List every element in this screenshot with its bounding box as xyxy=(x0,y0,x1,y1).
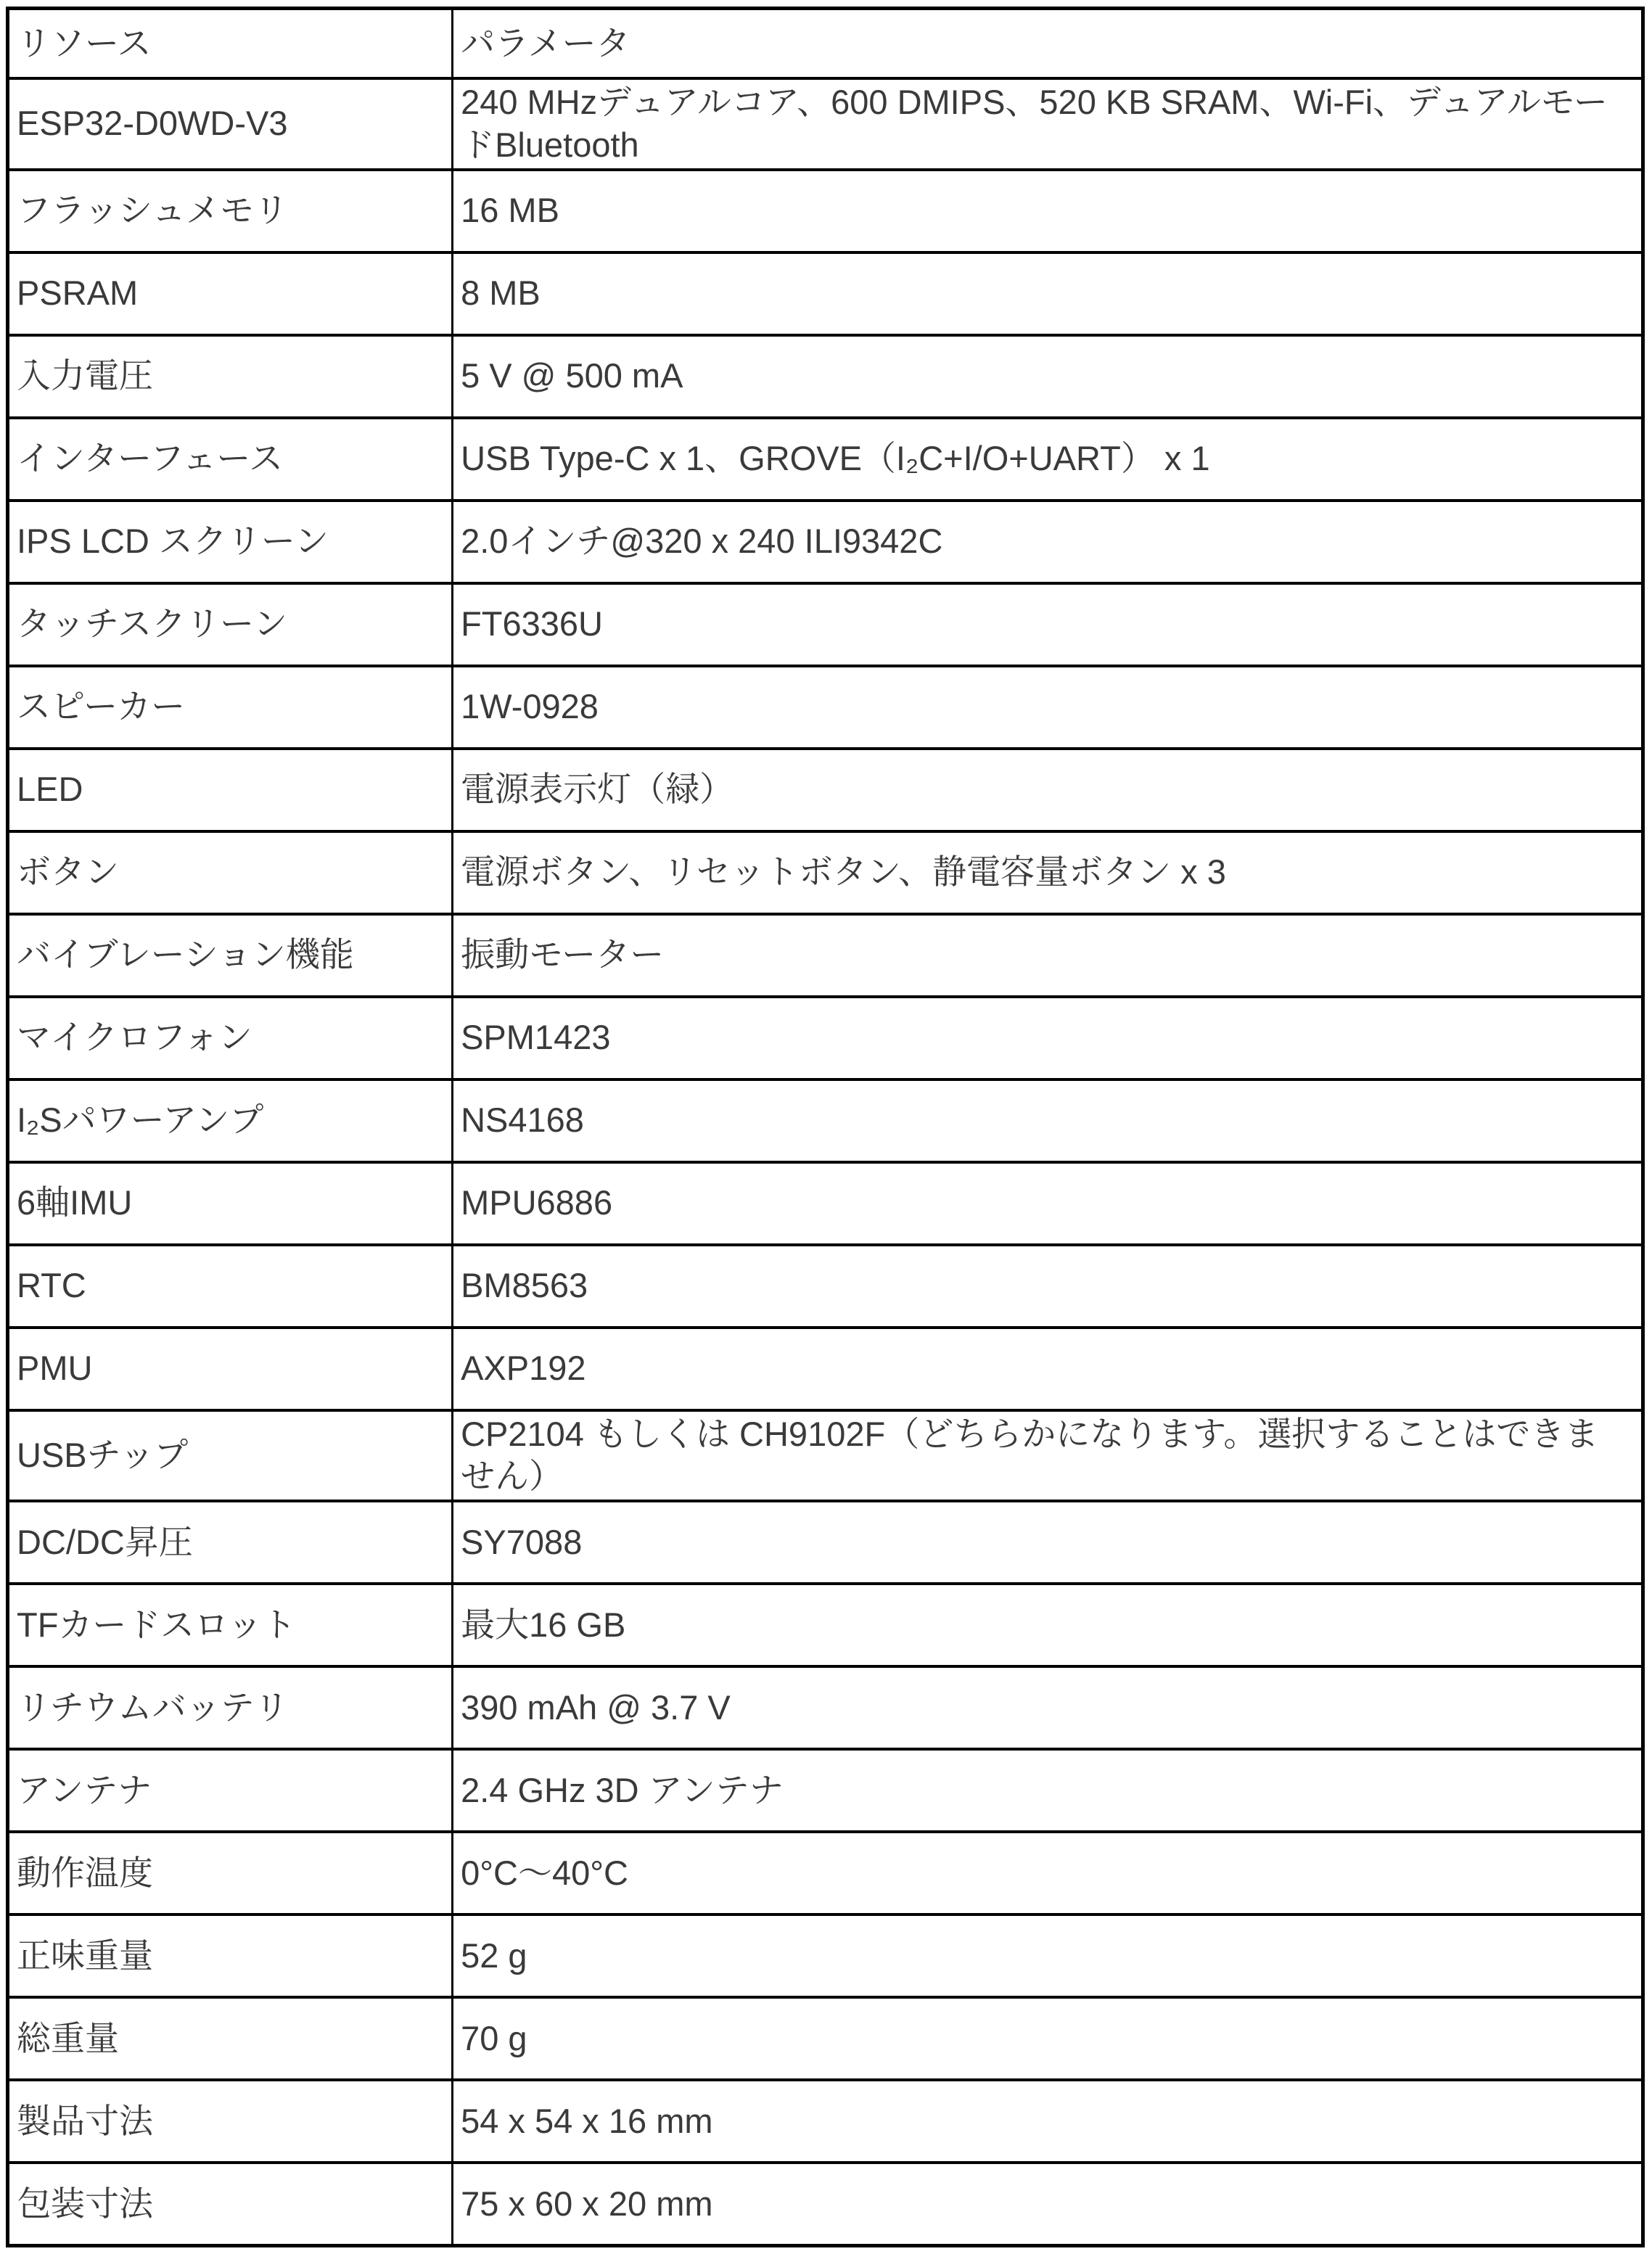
table-row: 6軸IMUMPU6886 xyxy=(8,1162,1643,1245)
parameter-cell: 2.0インチ@320 x 240 ILI9342C xyxy=(453,501,1643,583)
resource-cell: ESP32-D0WD-V3 xyxy=(8,78,453,170)
table-row: アンテナ2.4 GHz 3D アンテナ xyxy=(8,1749,1643,1832)
parameter-cell: 0°C～40°C xyxy=(453,1832,1643,1914)
parameter-cell: SY7088 xyxy=(453,1501,1643,1584)
resource-cell: LED xyxy=(8,749,453,831)
resource-cell: バイブレーション機能 xyxy=(8,914,453,997)
table-row: PMUAXP192 xyxy=(8,1328,1643,1410)
column-header-resource: リソース xyxy=(8,9,453,79)
resource-cell: IPS LCD スクリーン xyxy=(8,501,453,583)
table-row: リチウムバッテリ390 mAh @ 3.7 V xyxy=(8,1666,1643,1749)
parameter-cell: 振動モーター xyxy=(453,914,1643,997)
table-row: ESP32-D0WD-V3240 MHzデュアルコア、600 DMIPS、520… xyxy=(8,78,1643,170)
header-row: リソース パラメータ xyxy=(8,9,1643,79)
spec-table: リソース パラメータ ESP32-D0WD-V3240 MHzデュアルコア、60… xyxy=(6,7,1645,2247)
resource-cell: インターフェース xyxy=(8,418,453,501)
parameter-cell: FT6336U xyxy=(453,583,1643,666)
resource-cell: RTC xyxy=(8,1245,453,1328)
parameter-cell: 電源ボタン、リセットボタン、静電容量ボタン x 3 xyxy=(453,831,1643,914)
table-row: LED電源表示灯（緑） xyxy=(8,749,1643,831)
table-row: PSRAM8 MB xyxy=(8,252,1643,335)
parameter-cell: 52 g xyxy=(453,1914,1643,1997)
table-row: 包装寸法75 x 60 x 20 mm xyxy=(8,2163,1643,2246)
resource-cell: TFカードスロット xyxy=(8,1584,453,1666)
parameter-cell: 70 g xyxy=(453,1997,1643,2080)
table-row: 総重量70 g xyxy=(8,1997,1643,2080)
table-row: フラッシュメモリ16 MB xyxy=(8,170,1643,252)
parameter-cell: 75 x 60 x 20 mm xyxy=(453,2163,1643,2246)
table-row: I₂SパワーアンプNS4168 xyxy=(8,1079,1643,1162)
column-header-parameter: パラメータ xyxy=(453,9,1643,79)
resource-cell: I₂Sパワーアンプ xyxy=(8,1079,453,1162)
table-row: 正味重量52 g xyxy=(8,1914,1643,1997)
resource-cell: リチウムバッテリ xyxy=(8,1666,453,1749)
table-row: USBチップCP2104 もしくは CH9102F（どちらかになります。選択する… xyxy=(8,1410,1643,1502)
resource-cell: スピーカー xyxy=(8,666,453,749)
parameter-cell: 5 V @ 500 mA xyxy=(453,335,1643,418)
resource-cell: 包装寸法 xyxy=(8,2163,453,2246)
parameter-cell: 2.4 GHz 3D アンテナ xyxy=(453,1749,1643,1832)
resource-cell: 6軸IMU xyxy=(8,1162,453,1245)
parameter-cell: USB Type-C x 1、GROVE（I₂C+I/O+UART） x 1 xyxy=(453,418,1643,501)
table-row: バイブレーション機能振動モーター xyxy=(8,914,1643,997)
table-row: DC/DC昇圧SY7088 xyxy=(8,1501,1643,1584)
resource-cell: マイクロフォン xyxy=(8,997,453,1079)
table-row: タッチスクリーンFT6336U xyxy=(8,583,1643,666)
resource-cell: PSRAM xyxy=(8,252,453,335)
resource-cell: 入力電圧 xyxy=(8,335,453,418)
resource-cell: ボタン xyxy=(8,831,453,914)
resource-cell: DC/DC昇圧 xyxy=(8,1501,453,1584)
resource-cell: 動作温度 xyxy=(8,1832,453,1914)
resource-cell: フラッシュメモリ xyxy=(8,170,453,252)
resource-cell: 正味重量 xyxy=(8,1914,453,1997)
table-row: IPS LCD スクリーン2.0インチ@320 x 240 ILI9342C xyxy=(8,501,1643,583)
parameter-cell: NS4168 xyxy=(453,1079,1643,1162)
parameter-cell: CP2104 もしくは CH9102F（どちらかになります。選択することはできま… xyxy=(453,1410,1643,1502)
resource-cell: PMU xyxy=(8,1328,453,1410)
parameter-cell: BM8563 xyxy=(453,1245,1643,1328)
parameter-cell: 電源表示灯（緑） xyxy=(453,749,1643,831)
parameter-cell: 8 MB xyxy=(453,252,1643,335)
parameter-cell: 1W-0928 xyxy=(453,666,1643,749)
resource-cell: タッチスクリーン xyxy=(8,583,453,666)
table-row: インターフェースUSB Type-C x 1、GROVE（I₂C+I/O+UAR… xyxy=(8,418,1643,501)
parameter-cell: SPM1423 xyxy=(453,997,1643,1079)
resource-cell: 総重量 xyxy=(8,1997,453,2080)
table-row: ボタン電源ボタン、リセットボタン、静電容量ボタン x 3 xyxy=(8,831,1643,914)
table-row: TFカードスロット最大16 GB xyxy=(8,1584,1643,1666)
table-row: 動作温度0°C～40°C xyxy=(8,1832,1643,1914)
parameter-cell: 54 x 54 x 16 mm xyxy=(453,2080,1643,2163)
table-row: 製品寸法54 x 54 x 16 mm xyxy=(8,2080,1643,2163)
parameter-cell: 390 mAh @ 3.7 V xyxy=(453,1666,1643,1749)
parameter-cell: 240 MHzデュアルコア、600 DMIPS、520 KB SRAM、Wi-F… xyxy=(453,78,1643,170)
table-row: RTCBM8563 xyxy=(8,1245,1643,1328)
parameter-cell: 16 MB xyxy=(453,170,1643,252)
table-row: 入力電圧5 V @ 500 mA xyxy=(8,335,1643,418)
resource-cell: アンテナ xyxy=(8,1749,453,1832)
resource-cell: USBチップ xyxy=(8,1410,453,1502)
resource-cell: 製品寸法 xyxy=(8,2080,453,2163)
parameter-cell: 最大16 GB xyxy=(453,1584,1643,1666)
parameter-cell: MPU6886 xyxy=(453,1162,1643,1245)
table-row: マイクロフォンSPM1423 xyxy=(8,997,1643,1079)
parameter-cell: AXP192 xyxy=(453,1328,1643,1410)
table-row: スピーカー1W-0928 xyxy=(8,666,1643,749)
